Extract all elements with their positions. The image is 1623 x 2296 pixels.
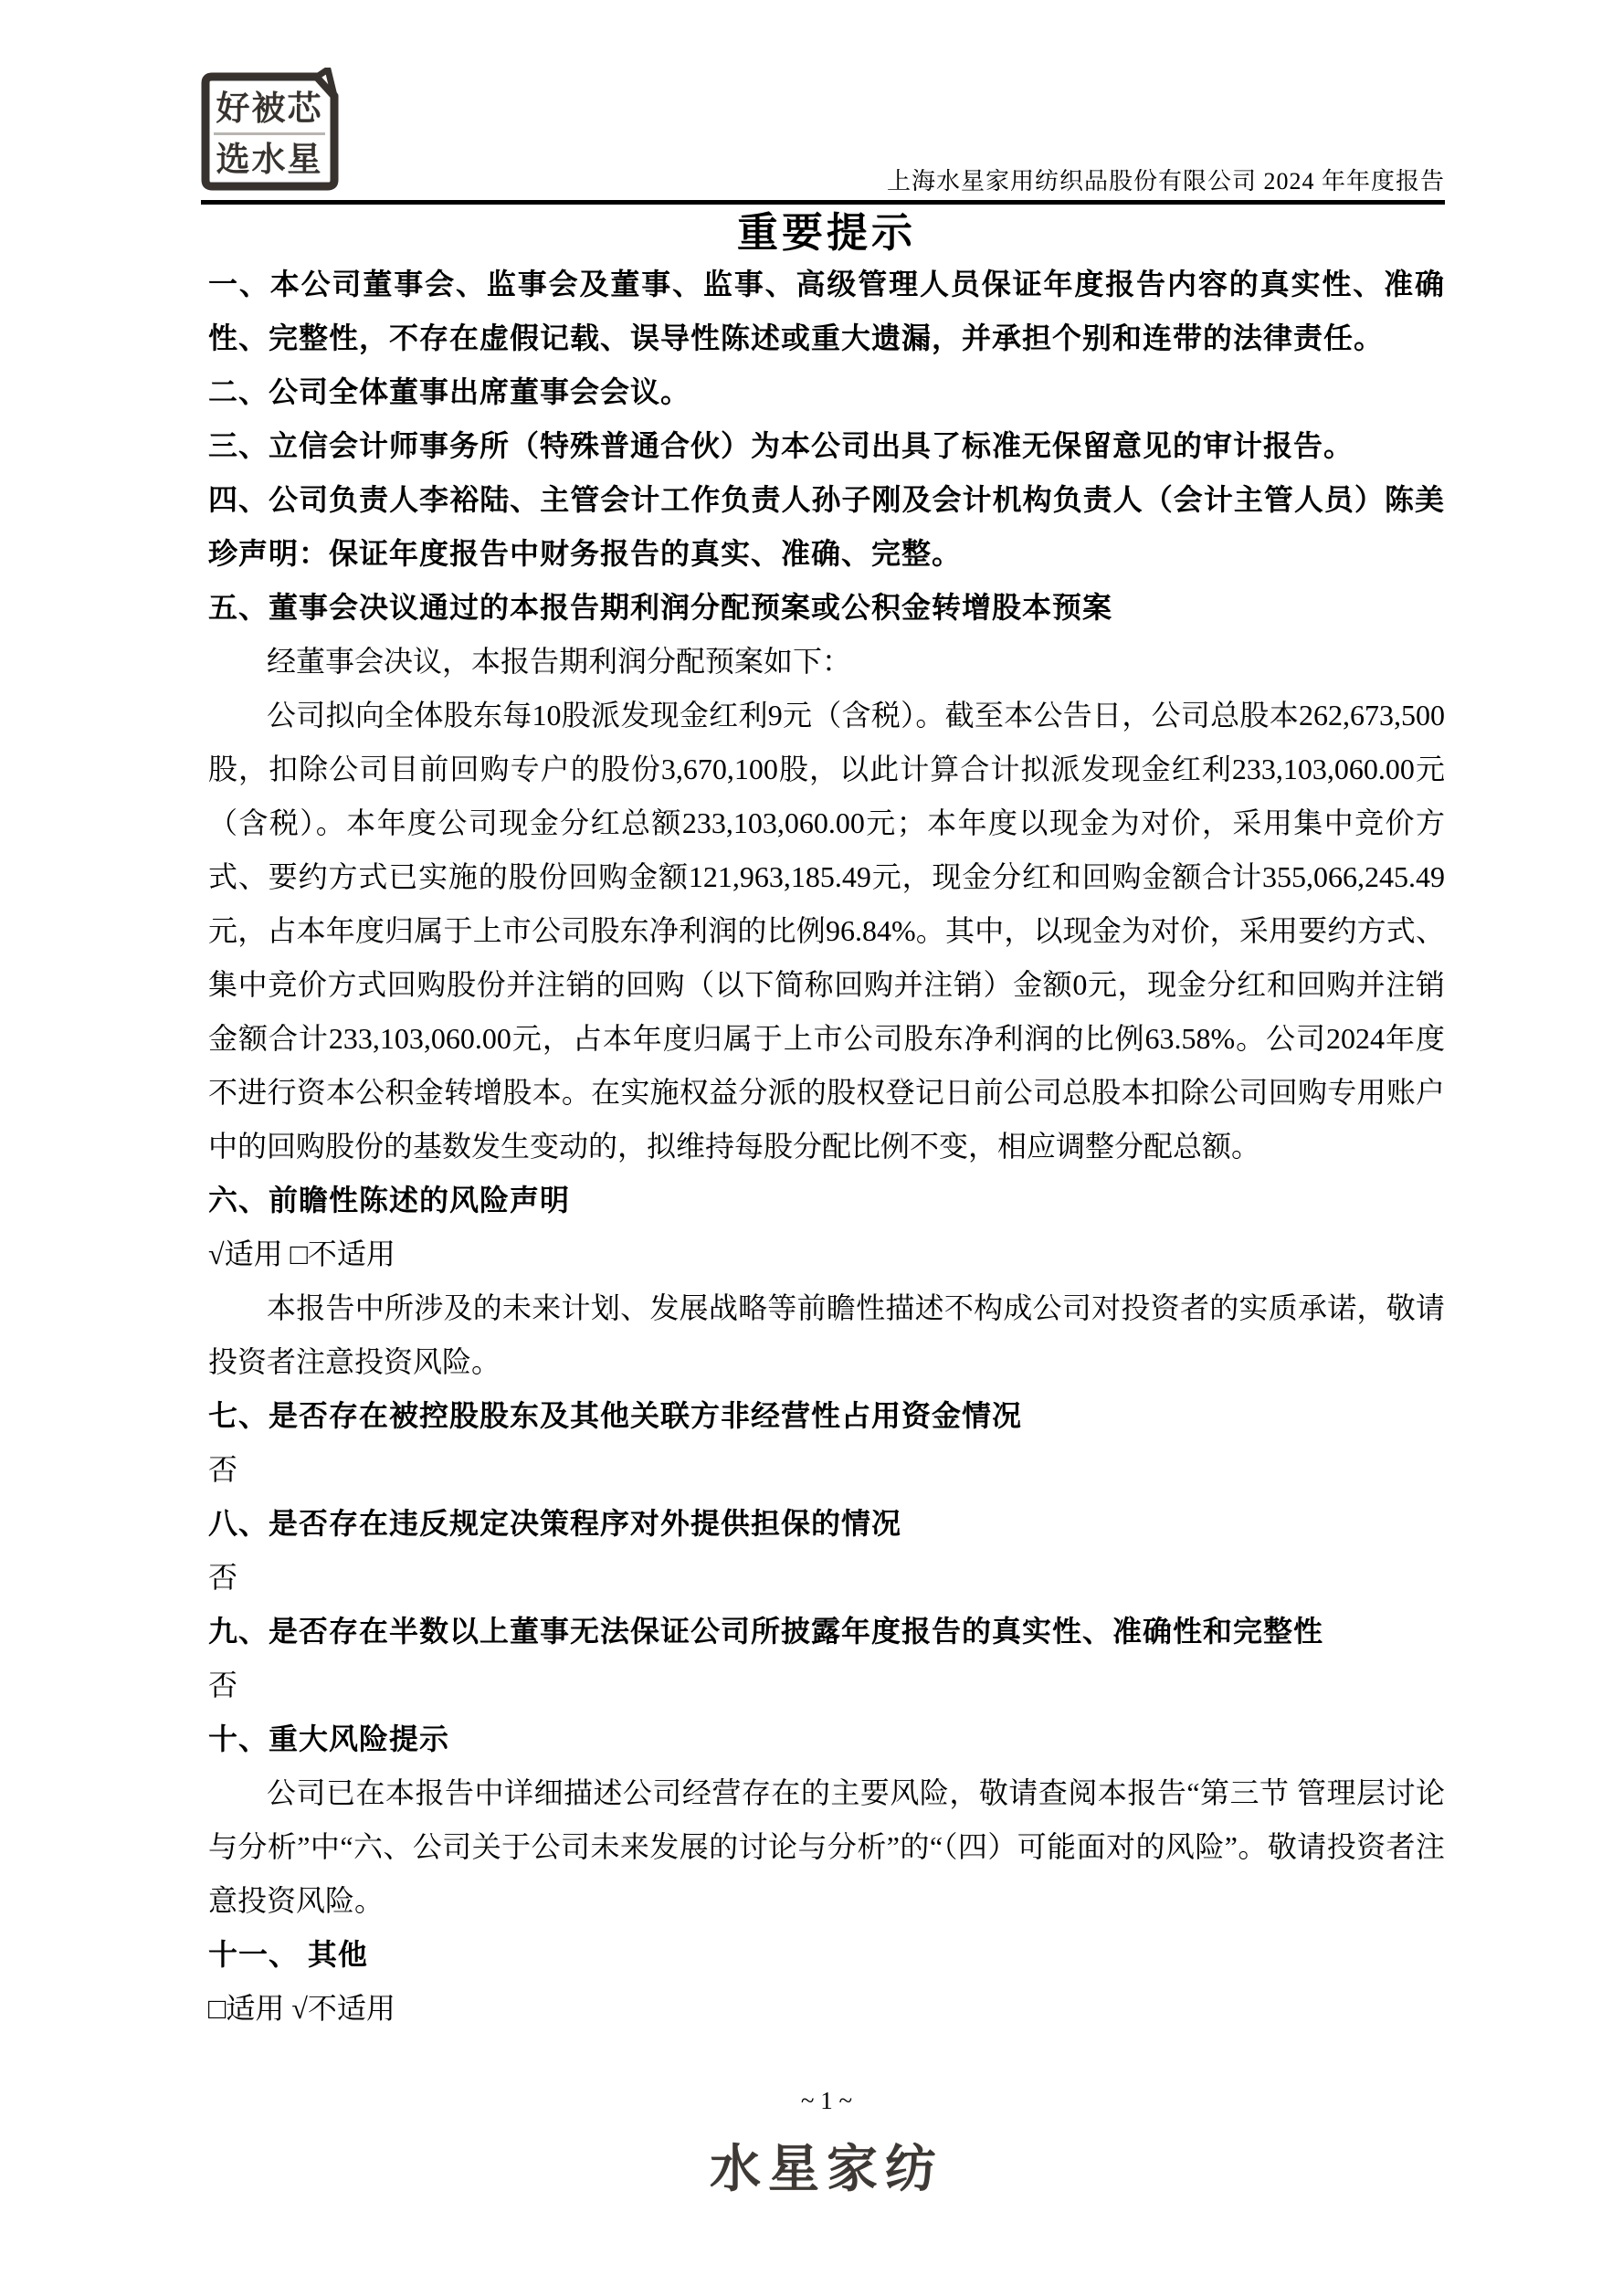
- item-2: 二、公司全体董事出席董事会会议。: [208, 365, 1445, 419]
- footer-brand-logo: 水星家纺: [208, 2141, 1445, 2197]
- item-11-applicability: □适用 √不适用: [208, 1982, 1445, 2036]
- logo-divider: [214, 132, 325, 135]
- dividend-intro: 经董事会决议，本报告期利润分配预案如下：: [208, 635, 1445, 689]
- dividend-detail: 公司拟向全体股东每10股派发现金红利9元（含税）。截至本公告日，公司总股本262…: [208, 689, 1445, 1174]
- item-10-heading: 十、重大风险提示: [208, 1712, 1445, 1766]
- item-4: 四、公司负责人李裕陆、主管会计工作负责人孙子刚及会计机构负责人（会计主管人员）陈…: [208, 473, 1445, 581]
- item-6-statement: 本报告中所涉及的未来计划、发展战略等前瞻性描述不构成公司对投资者的实质承诺，敬请…: [208, 1281, 1445, 1389]
- item-5-heading: 五、董事会决议通过的本报告期利润分配预案或公积金转增股本预案: [208, 581, 1445, 635]
- item-8-answer: 否: [208, 1551, 1445, 1605]
- brand-logo: 好被芯 选水星: [197, 68, 342, 195]
- item-1: 一、本公司董事会、监事会及董事、监事、高级管理人员保证年度报告内容的真实性、准确…: [208, 258, 1445, 365]
- item-7-heading: 七、是否存在被控股股东及其他关联方非经营性占用资金情况: [208, 1389, 1445, 1443]
- logo-text-line2: 选水星: [197, 141, 342, 179]
- document-body: 一、本公司董事会、监事会及董事、监事、高级管理人员保证年度报告内容的真实性、准确…: [208, 258, 1445, 2036]
- item-11-heading: 十一、 其他: [208, 1928, 1445, 1982]
- item-9-answer: 否: [208, 1659, 1445, 1712]
- item-10-statement: 公司已在本报告中详细描述公司经营存在的主要风险，敬请查阅本报告“第三节 管理层讨…: [208, 1766, 1445, 1928]
- item-6-heading: 六、前瞻性陈述的风险声明: [208, 1174, 1445, 1227]
- page-number: ~ 1 ~: [208, 2086, 1445, 2115]
- item-6-applicability: √适用 □不适用: [208, 1227, 1445, 1281]
- item-7-answer: 否: [208, 1443, 1445, 1497]
- item-9-heading: 九、是否存在半数以上董事无法保证公司所披露年度报告的真实性、准确性和完整性: [208, 1605, 1445, 1659]
- item-8-heading: 八、是否存在违反规定决策程序对外提供担保的情况: [208, 1497, 1445, 1551]
- report-page: 好被芯 选水星 上海水星家用纺织品股份有限公司 2024 年年度报告 重要提示 …: [0, 0, 1623, 2296]
- item-3: 三、立信会计师事务所（特殊普通合伙）为本公司出具了标准无保留意见的审计报告。: [208, 419, 1445, 473]
- page-title: 重要提示: [208, 209, 1445, 257]
- header-rule: [201, 200, 1445, 205]
- report-header-title: 上海水星家用纺织品股份有限公司 2024 年年度报告: [887, 168, 1445, 195]
- logo-text-line1: 好被芯: [197, 90, 342, 128]
